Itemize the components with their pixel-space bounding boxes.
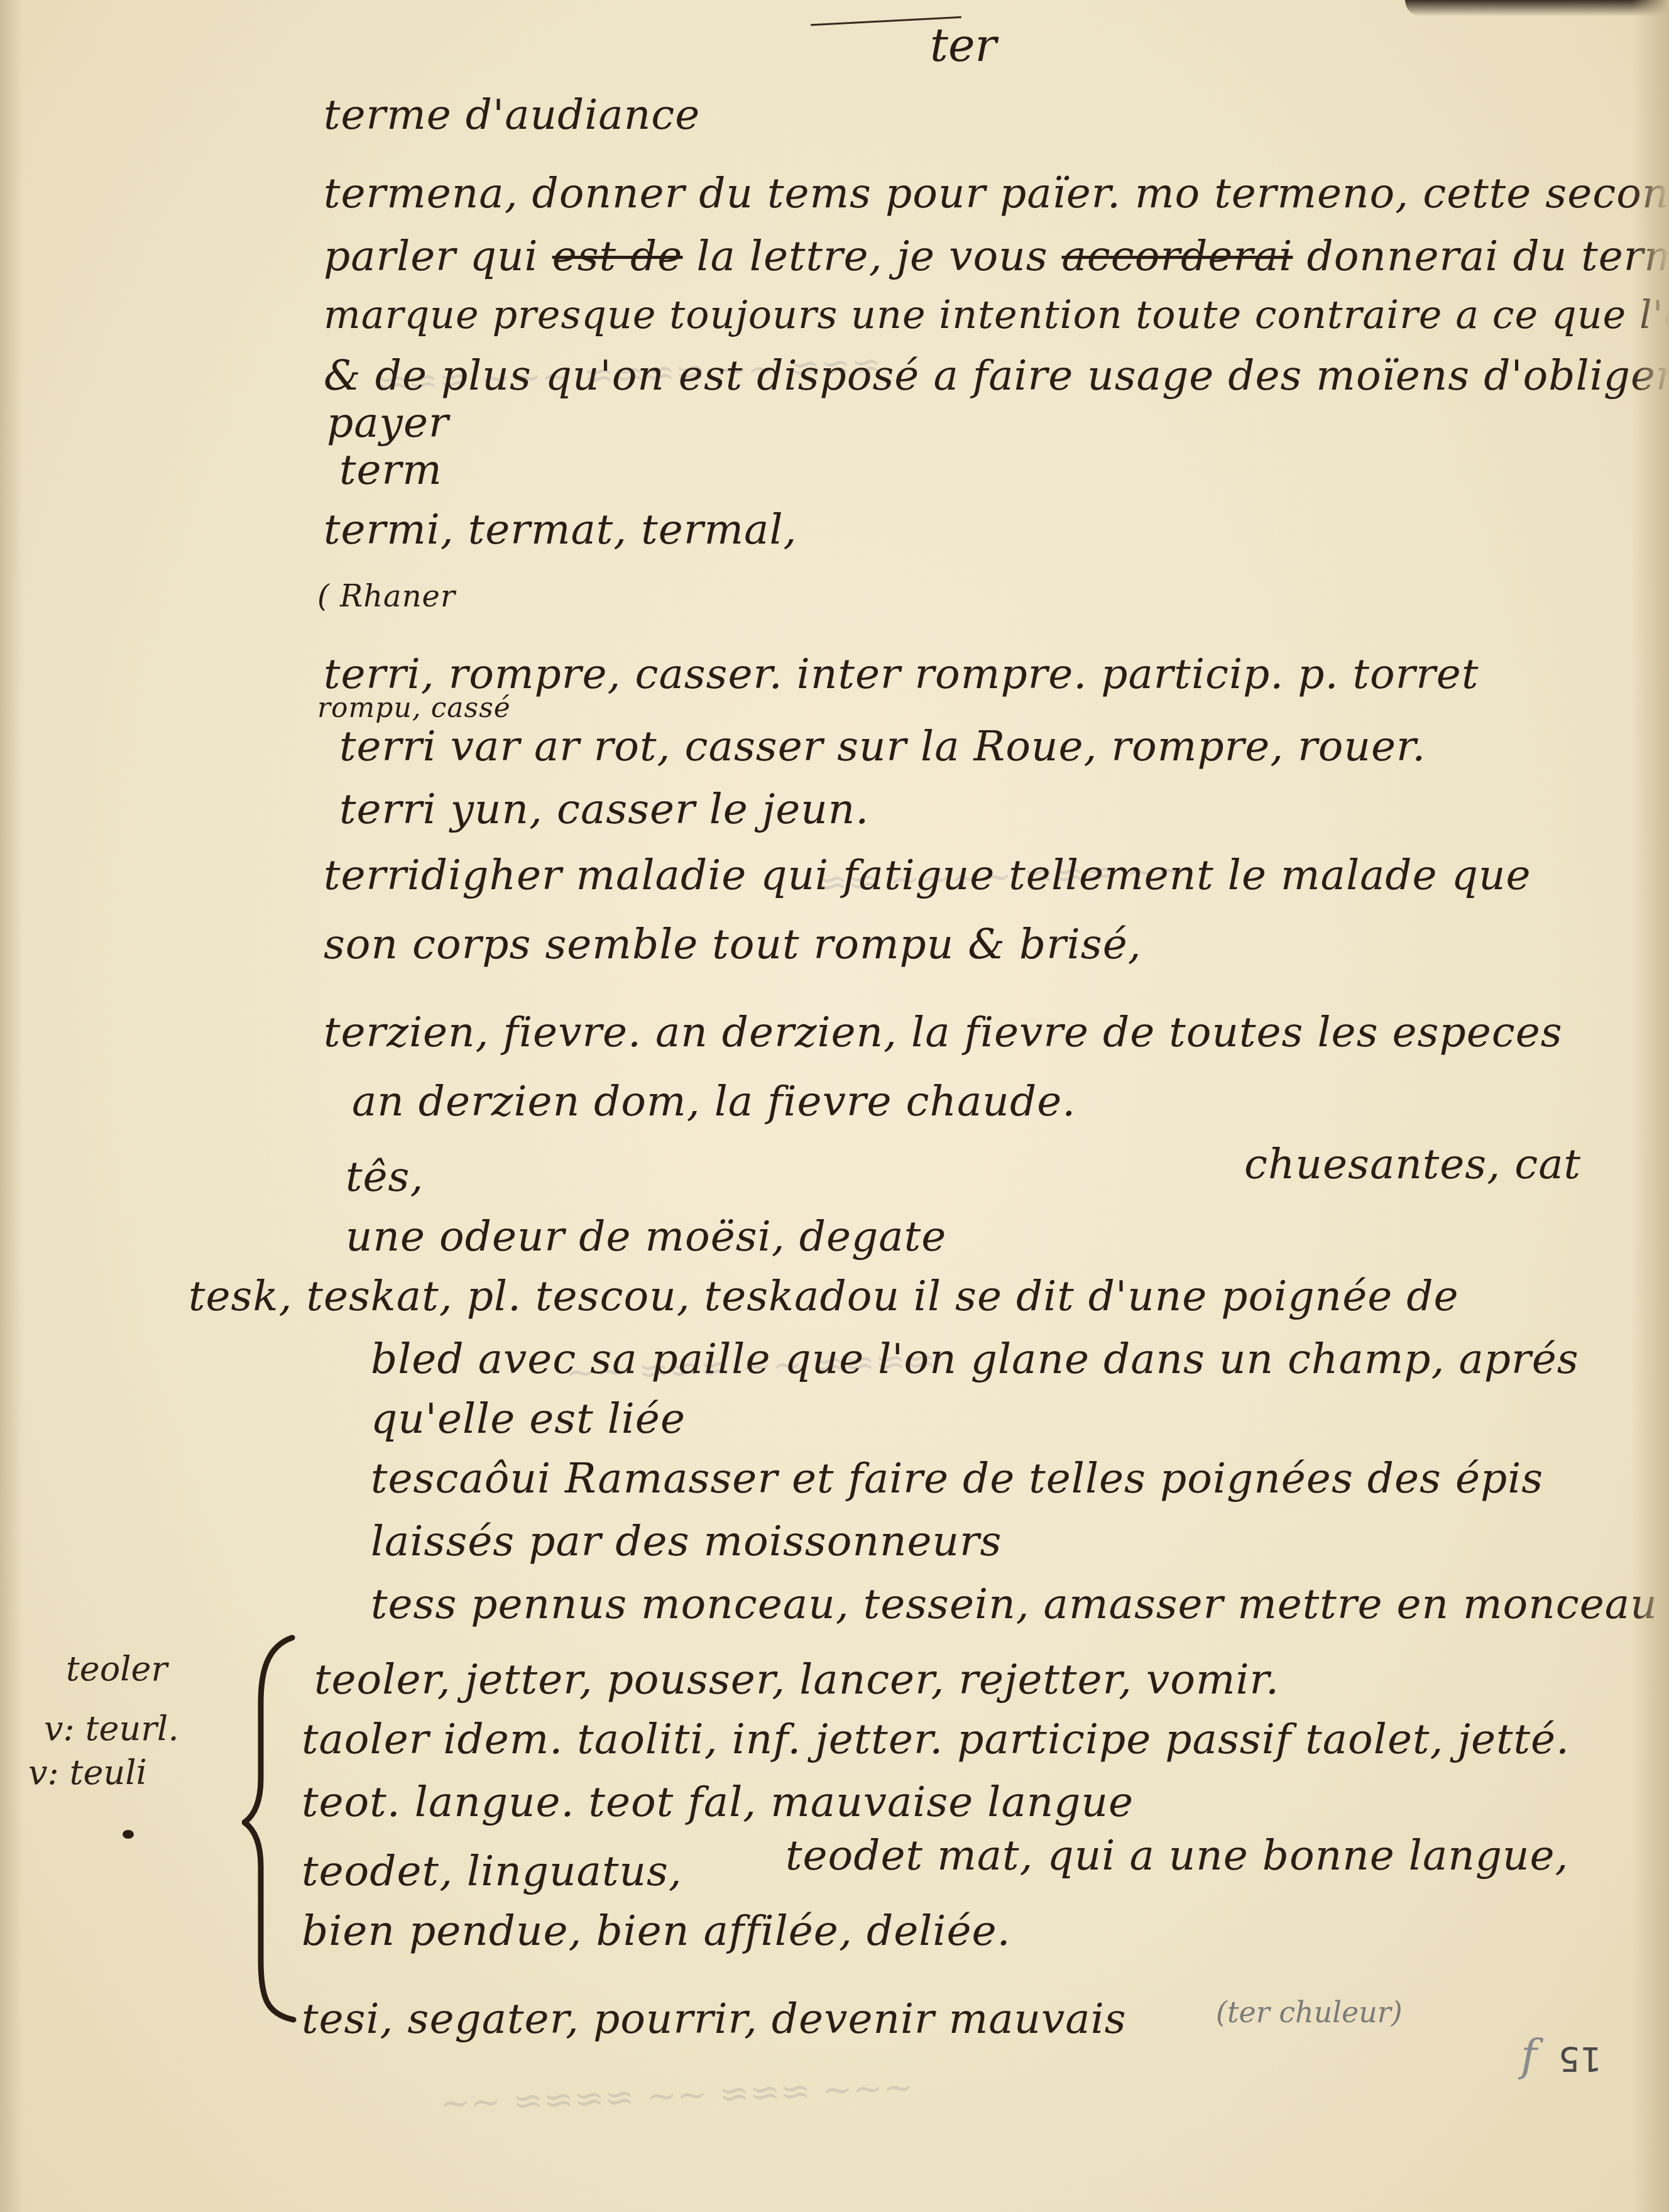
entry-line: marque presque toujours une intention to…: [324, 295, 1669, 334]
margin-note: teoler: [66, 1650, 167, 1689]
entry-line: tescaôui Ramasser et faire de telles poi…: [371, 1458, 1543, 1499]
manuscript-page: ≈≈≈ ∽∽ ≈≈≈≈ ∽∽∽ ≈≈≈ ∽∽ ≈≈≈ ∽∽∽∽ ≈≈ ≈≈≈≈ …: [0, 0, 1669, 2212]
bleed-through: ∽∽∽ ≈≈≈ ∽∽ ≈≈≈≈ ∽∽: [439, 2066, 914, 2125]
entry-line: son corps semble tout rompu & brisé,: [324, 924, 1142, 965]
entry-line: rompu, cassé: [317, 694, 511, 722]
entry-line: terzien, fievre. an derzien, la fievre d…: [324, 1012, 1563, 1053]
entry-line: teoler, jetter, pousser, lancer, rejette…: [314, 1659, 1279, 1700]
entry-line: bien pendue, bien affilée, deliée.: [302, 1910, 1011, 1952]
entry-line: terri yun, casser le jeun.: [339, 789, 869, 830]
entry-headword: tês,: [346, 1156, 424, 1198]
entry-headword: term: [339, 449, 442, 491]
entry-line: tess pennus monceau, tessein, amasser me…: [371, 1584, 1658, 1625]
pencil-folio-mark: f: [1521, 2030, 1537, 2081]
page-header: ter: [930, 19, 997, 72]
entry-headword: terme d'audiance: [324, 94, 700, 136]
entry-line: une odeur de moësi, degate: [346, 1216, 946, 1257]
entry-line: termi, termat, termal,: [324, 509, 797, 550]
margin-note: v: teurl.: [44, 1709, 179, 1748]
entry-line: terridigher maladie qui fatigue tellemen…: [324, 855, 1531, 896]
entry-line: an derzien dom, la fievre chaude.: [352, 1081, 1076, 1122]
folio-number: 15: [1558, 2039, 1602, 2079]
struck-text: accorderai: [1062, 232, 1293, 280]
entry-line: parler qui est de la lettre, je vous acc…: [324, 236, 1669, 277]
curly-brace-icon: [242, 1634, 298, 2023]
entry-line: & de plus qu'on est disposé a faire usag…: [324, 355, 1669, 397]
text-segment: parler qui: [324, 232, 552, 280]
pencil-annotation: (ter chuleur): [1216, 1995, 1403, 2029]
entry-line: teodet, linguatus,: [302, 1851, 682, 1892]
entry-line: teot. langue. teot fal, mauvaise langue: [302, 1782, 1134, 1823]
text-segment: donnerai du terme,: [1293, 232, 1669, 280]
entry-line: ( Rhaner: [317, 581, 456, 611]
ink-blot: [123, 1830, 134, 1839]
entry-line: laissés par des moissonneurs: [371, 1521, 1002, 1562]
entry-line: terri var ar rot, casser sur la Roue, ro…: [339, 726, 1426, 767]
entry-line: chuesantes, cat: [1244, 1144, 1581, 1185]
margin-note: v: teuli: [28, 1753, 147, 1792]
entry-line: taoler idem. taoliti, inf. jetter. parti…: [302, 1719, 1570, 1760]
entry-line: teodet mat, qui a une bonne langue,: [785, 1835, 1569, 1876]
entry-line: termena, donner du tems pour païer. mo t…: [324, 173, 1669, 214]
text-segment: la lettre, je vous: [682, 232, 1061, 280]
entry-line: qu'elle est liée: [371, 1398, 686, 1440]
entry-line: tesk, teskat, pl. tescou, teskadou il se…: [189, 1276, 1459, 1317]
struck-text: est de: [552, 232, 683, 280]
entry-line: tesi, segater, pourrir, devenir mauvais: [302, 1998, 1127, 2040]
entry-line: bled avec sa paille que l'on glane dans …: [371, 1339, 1579, 1380]
page-edge-shadow: [1405, 0, 1669, 16]
entry-line: terri, rompre, casser. inter rompre. par…: [324, 654, 1479, 695]
entry-line: payer: [327, 402, 449, 444]
